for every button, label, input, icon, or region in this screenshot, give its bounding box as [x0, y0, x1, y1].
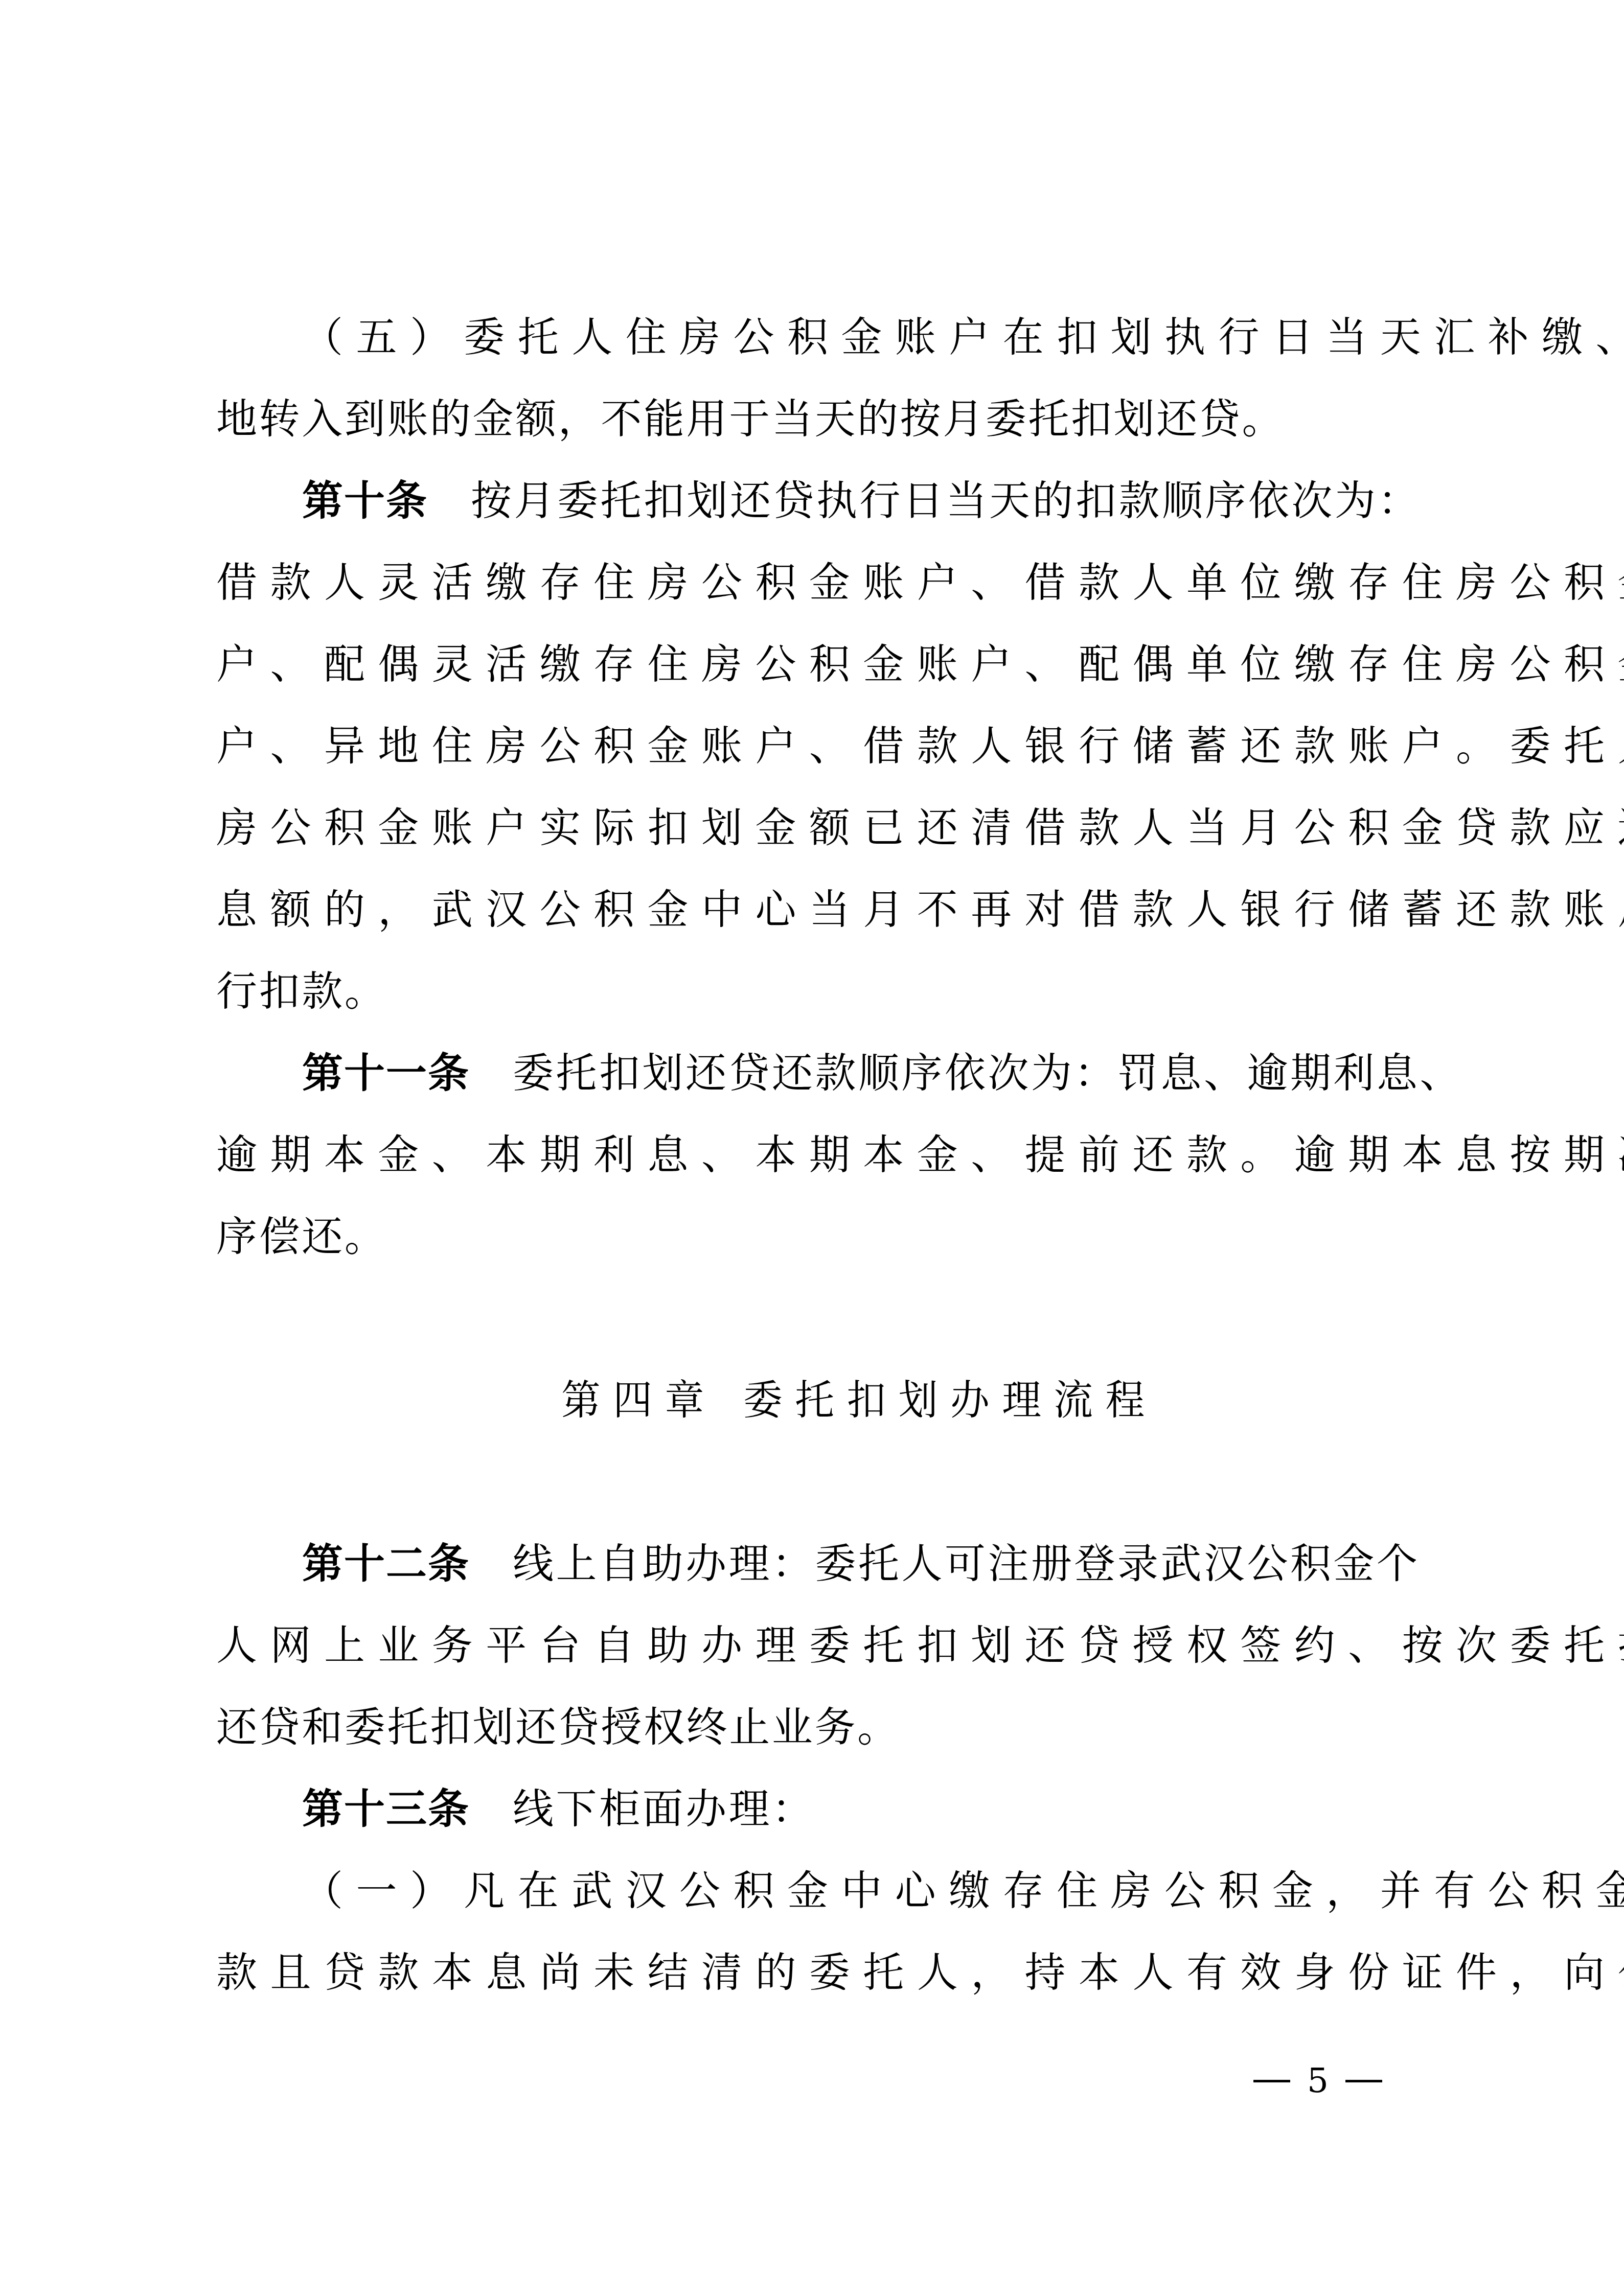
article-12-text-line-3: 还贷和委托扣划还贷授权终止业务。 — [216, 1702, 1412, 1753]
article-10-text-line-5: 房 公 积 金 账 户 实 际 扣 划 金 额 已 还 清 借 款 人 当 月 … — [216, 802, 1412, 853]
page-number-footer: 5 — [1253, 2060, 1382, 2101]
article-11-text-line-3: 序偿还。 — [216, 1211, 1412, 1262]
article-10-first-line: 第十条按月委托扣划还贷执行日当天的扣款顺序依次为： — [302, 475, 1412, 526]
article-11-text-line-1: 委托扣划还贷还款顺序依次为：罚息、逾期利息、 — [513, 1049, 1463, 1097]
page-number: 5 — [1307, 2060, 1329, 2101]
article-10-text-line-6: 息 额 的 ， 武 汉 公 积 金 中 心 当 月 不 再 对 借 款 人 银 … — [216, 884, 1412, 935]
article-13-label: 第十三条 — [302, 1785, 470, 1833]
article-10-text-line-2: 借 款 人 灵 活 缴 存 住 房 公 积 金 账 户 、 借 款 人 单 位 … — [216, 557, 1412, 608]
paragraph-item-13-1-line-1: （ 一 ） 凡 在 武 汉 公 积 金 中 心 缴 存 住 房 公 积 金 ， … — [302, 1865, 1412, 1916]
chapter-heading: 第 四 章委 托 扣 划 办 理 流 程 — [561, 1375, 1052, 1426]
article-11-label: 第十一条 — [302, 1049, 470, 1097]
article-10-text-line-3: 户 、 配 偶 灵 活 缴 存 住 房 公 积 金 账 户 、 配 偶 单 位 … — [216, 639, 1412, 690]
article-10-text-line-4: 户 、 异 地 住 房 公 积 金 账 户 、 借 款 人 银 行 储 蓄 还 … — [216, 721, 1412, 772]
article-11-first-line: 第十一条委托扣划还贷还款顺序依次为：罚息、逾期利息、 — [302, 1048, 1412, 1099]
article-10-text-line-1: 按月委托扣划还贷执行日当天的扣款顺序依次为： — [471, 477, 1421, 524]
article-10-label: 第十条 — [302, 477, 428, 524]
article-13-first-line: 第十三条线下柜面办理： — [302, 1783, 1412, 1835]
chapter-title: 委 托 扣 划 办 理 流 程 — [743, 1376, 1145, 1424]
document-page: （ 五 ） 委 托 人 住 房 公 积 金 账 户 在 扣 划 执 行 日 当 … — [0, 0, 1624, 2296]
em-dash-right — [1345, 2080, 1382, 2082]
em-dash-left — [1253, 2080, 1290, 2082]
paragraph-item-5-line-2: 地转入到账的金额，不能用于当天的按月委托扣划还贷。 — [216, 393, 1412, 445]
article-12-first-line: 第十二条线上自助办理：委托人可注册登录武汉公积金个 — [302, 1538, 1412, 1589]
paragraph-item-5-line-1: （ 五 ） 委 托 人 住 房 公 积 金 账 户 在 扣 划 执 行 日 当 … — [302, 312, 1412, 363]
article-12-text-line-1: 线上自助办理：委托人可注册登录武汉公积金个 — [513, 1540, 1420, 1587]
article-13-text-line-1: 线下柜面办理： — [513, 1785, 815, 1833]
article-10-text-line-7: 行扣款。 — [216, 966, 1412, 1017]
article-12-text-line-2: 人 网 上 业 务 平 台 自 助 办 理 委 托 扣 划 还 贷 授 权 签 … — [216, 1620, 1412, 1671]
paragraph-item-13-1-line-2: 款 且 贷 款 本 息 尚 未 结 清 的 委 托 人 ， 持 本 人 有 效 … — [216, 1947, 1412, 1998]
article-11-text-line-2: 逾 期 本 金 、 本 期 利 息 、 本 期 本 金 、 提 前 还 款 。 … — [216, 1129, 1412, 1180]
chapter-number: 第 四 章 — [561, 1376, 704, 1424]
article-12-label: 第十二条 — [302, 1540, 470, 1587]
